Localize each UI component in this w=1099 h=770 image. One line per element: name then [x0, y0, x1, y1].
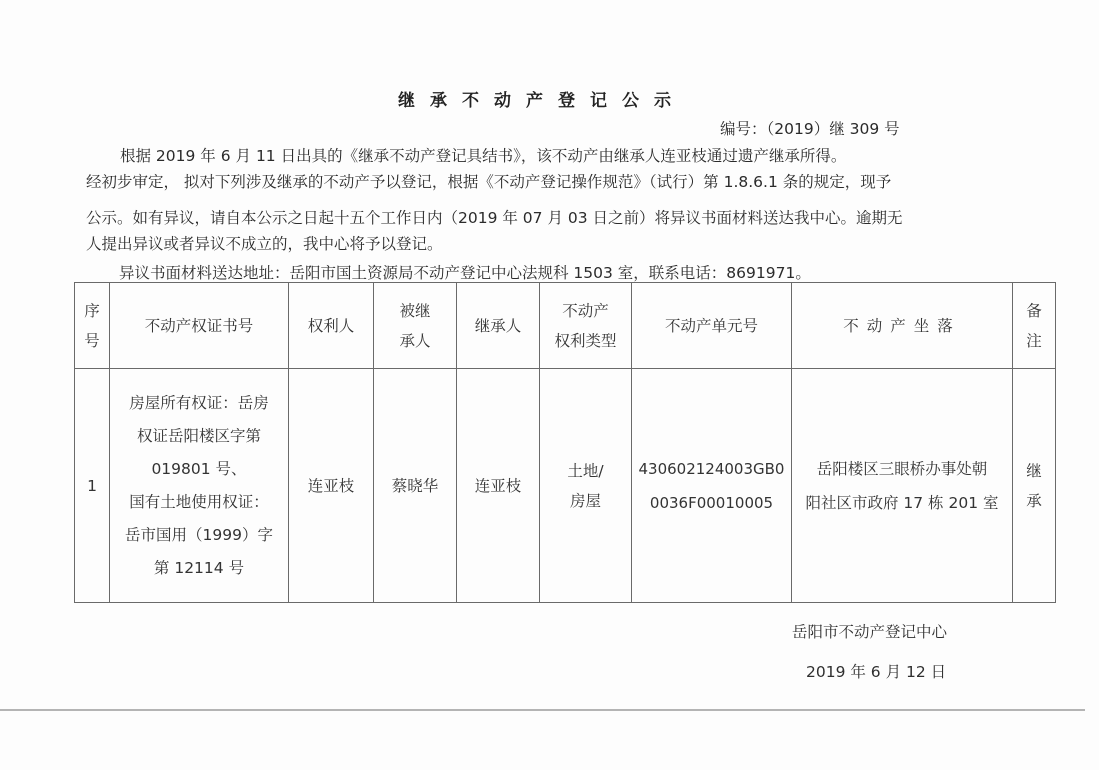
cell-heir: 连亚枝 — [457, 369, 540, 603]
header-decedent-line2: 承人 — [378, 326, 452, 356]
right-type-line1: 土地/ — [544, 456, 627, 486]
table-row: 1 房屋所有权证：岳房 权证岳阳楼区字第 019801 号、 国有土地使用权证：… — [75, 369, 1056, 603]
header-remark-line2: 注 — [1017, 326, 1051, 356]
header-location: 不动产坐落 — [792, 283, 1013, 369]
cell-cert-no: 房屋所有权证：岳房 权证岳阳楼区字第 019801 号、 国有土地使用权证： 岳… — [110, 369, 289, 603]
cell-seq: 1 — [75, 369, 110, 603]
unit-no-line2: 0036F00010005 — [636, 486, 787, 520]
header-right-type-line2: 权利类型 — [544, 326, 627, 356]
registration-table: 序 号 不动产权证书号 权利人 被继 承人 继承人 不动产 权利类型 不动产单元… — [74, 282, 1056, 603]
cert-no-line: 第 12114 号 — [120, 552, 278, 585]
header-cert-no: 不动产权证书号 — [110, 283, 289, 369]
cell-right-type: 土地/ 房屋 — [540, 369, 632, 603]
cert-no-line: 岳市国用（1999）字 — [120, 519, 278, 552]
right-type-line2: 房屋 — [544, 486, 627, 516]
cell-right-holder: 连亚枝 — [289, 369, 374, 603]
paragraph-review-line3: 人提出异议或者异议不成立的，我中心将予以登记。 — [86, 231, 443, 257]
location-line2: 阳社区市政府 17 栋 201 室 — [798, 486, 1006, 520]
cell-remark: 继 承 — [1013, 369, 1056, 603]
paragraph-review-line1: 经初步审定， 拟对下列涉及继承的不动产予以登记，根据《不动产登记操作规范》（试行… — [86, 169, 891, 195]
header-right-holder: 权利人 — [289, 283, 374, 369]
header-seq-line2: 号 — [79, 326, 105, 356]
page-title: 继承不动产登记公示 — [398, 86, 686, 111]
remark-line1: 继 — [1017, 456, 1051, 486]
cert-no-line: 019801 号、 — [120, 453, 278, 486]
header-decedent: 被继 承人 — [374, 283, 457, 369]
header-heir: 继承人 — [457, 283, 540, 369]
header-unit-no: 不动产单元号 — [632, 283, 792, 369]
cert-no-line: 权证岳阳楼区字第 — [120, 420, 278, 453]
header-seq-line1: 序 — [79, 296, 105, 326]
header-seq: 序 号 — [75, 283, 110, 369]
location-line1: 岳阳楼区三眼桥办事处朝 — [798, 452, 1006, 486]
paragraph-review-line2: 公示。如有异议，请自本公示之日起十五个工作日内（2019 年 07 月 03 日… — [86, 205, 903, 231]
issuer-signature: 岳阳市不动产登记中心 — [792, 620, 947, 642]
header-remark-line1: 备 — [1017, 296, 1051, 326]
header-right-type-line1: 不动产 — [544, 296, 627, 326]
document-number: 编号：（2019）继 309 号 — [720, 117, 900, 139]
cell-unit-no: 430602124003GB0 0036F00010005 — [632, 369, 792, 603]
header-right-type: 不动产 权利类型 — [540, 283, 632, 369]
paragraph-basis: 根据 2019 年 6 月 11 日出具的《继承不动产登记具结书》，该不动产由继… — [120, 143, 846, 169]
table-header-row: 序 号 不动产权证书号 权利人 被继 承人 继承人 不动产 权利类型 不动产单元… — [75, 283, 1056, 369]
unit-no-line1: 430602124003GB0 — [636, 452, 787, 486]
cert-no-line: 国有土地使用权证： — [120, 486, 278, 519]
cell-location: 岳阳楼区三眼桥办事处朝 阳社区市政府 17 栋 201 室 — [792, 369, 1013, 603]
header-remark: 备 注 — [1013, 283, 1056, 369]
remark-line2: 承 — [1017, 486, 1051, 516]
cert-no-line: 房屋所有权证：岳房 — [120, 387, 278, 420]
page-divider-line — [0, 709, 1085, 711]
issue-date: 2019 年 6 月 12 日 — [806, 660, 946, 682]
header-decedent-line1: 被继 — [378, 296, 452, 326]
cell-decedent: 蔡晓华 — [374, 369, 457, 603]
